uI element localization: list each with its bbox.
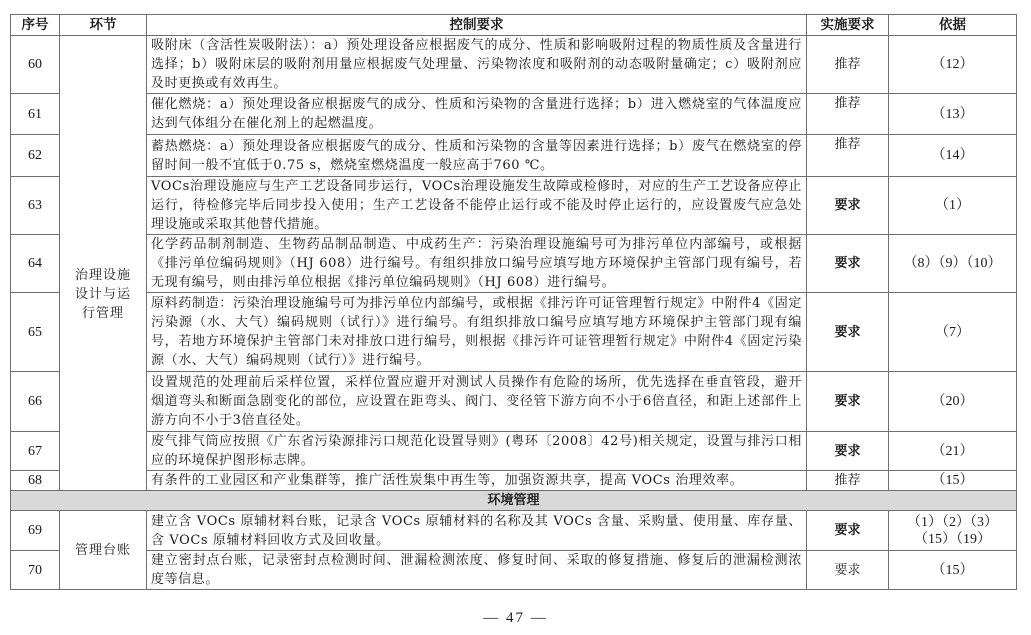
basis-ref: （1）: [889, 177, 1017, 235]
implementation-level: 推荐: [807, 471, 889, 491]
row-number: 70: [11, 551, 60, 590]
basis-ref: （13）: [889, 94, 1017, 135]
stage-facility-design: 治理设施设计与运行管理: [60, 36, 147, 491]
row-number: 65: [11, 293, 60, 372]
implementation-level: 要求: [807, 511, 889, 551]
requirement-text: 吸附床（含活性炭吸附法）：a）预处理设备应根据废气的成分、性质和影响吸附过程的物…: [147, 36, 807, 94]
stage-label: 治理设施设计与运行管理: [73, 266, 133, 323]
basis-ref-line: （15）（19）: [893, 531, 1012, 548]
row-number: 64: [11, 235, 60, 293]
header-basis: 依据: [889, 15, 1017, 36]
requirement-text: 化学药品制剂制造、生物药品制品制造、中成药生产：污染治理设施编号可为排污单位内部…: [147, 235, 807, 293]
page-number: — 47 —: [0, 610, 1031, 627]
basis-ref: （1）（2）（3） （15）（19）: [889, 511, 1017, 551]
implementation-level: 要求: [807, 372, 889, 432]
implementation-level: 要求: [807, 293, 889, 372]
header-no: 序号: [11, 15, 60, 36]
header-requirement: 控制要求: [147, 15, 807, 36]
requirement-text: 原料药制造：污染治理设施编号可为排污单位内部编号，或根据《排污许可证管理暂行规定…: [147, 293, 807, 372]
table-row: 70 建立密封点台账，记录密封点检测时间、泄漏检测浓度、修复时间、采取的修复措施…: [11, 551, 1017, 590]
row-number: 68: [11, 471, 60, 491]
control-requirements-table: 序号 环节 控制要求 实施要求 依据 60 治理设施设计与运行管理 吸附床（含活…: [10, 14, 1017, 590]
row-number: 63: [11, 177, 60, 235]
table-row: 68 有条件的工业园区和产业集群等，推广活性炭集中再生等，加强资源共享，提高 V…: [11, 471, 1017, 491]
implementation-level: 推荐: [807, 36, 889, 94]
implementation-level: 要求: [807, 432, 889, 471]
basis-ref: （15）: [889, 551, 1017, 590]
table-row: 63 VOCs治理设施应与生产工艺设备同步运行，VOCs治理设施发生故障或检修时…: [11, 177, 1017, 235]
basis-ref: （20）: [889, 372, 1017, 432]
basis-ref: （7）: [889, 293, 1017, 372]
header-implementation: 实施要求: [807, 15, 889, 36]
row-number: 60: [11, 36, 60, 94]
table-row: 60 治理设施设计与运行管理 吸附床（含活性炭吸附法）：a）预处理设备应根据废气…: [11, 36, 1017, 94]
section-header-row: 环境管理: [11, 491, 1017, 511]
section-title-environment-management: 环境管理: [11, 491, 1017, 511]
table-row: 62 蓄热燃烧：a）预处理设备应根据废气的成分、性质和污染物的含量等因素进行选择…: [11, 135, 1017, 177]
basis-ref: （12）: [889, 36, 1017, 94]
implementation-level: 推荐: [807, 94, 889, 135]
requirement-text: 建立含 VOCs 原辅材料台账，记录含 VOCs 原辅材料的名称及其 VOCs …: [147, 511, 807, 551]
implementation-level: 要求: [807, 551, 889, 590]
table-row: 67 废气排气筒应按照《广东省污染源排污口规范化设置导则》(粤环〔2008〕42…: [11, 432, 1017, 471]
table-row: 66 设置规范的处理前后采样位置，采样位置应避开对测试人员操作有危险的场所，优先…: [11, 372, 1017, 432]
basis-ref: （21）: [889, 432, 1017, 471]
row-number: 61: [11, 94, 60, 135]
row-number: 69: [11, 511, 60, 551]
row-number: 67: [11, 432, 60, 471]
stage-ledger: 管理台账: [60, 511, 147, 590]
header-stage: 环节: [60, 15, 147, 36]
table-row: 64 化学药品制剂制造、生物药品制品制造、中成药生产：污染治理设施编号可为排污单…: [11, 235, 1017, 293]
requirement-text: 有条件的工业园区和产业集群等，推广活性炭集中再生等，加强资源共享，提高 VOCs…: [147, 471, 807, 491]
basis-ref: （15）: [889, 471, 1017, 491]
requirement-text: 催化燃烧：a）预处理设备应根据废气的成分、性质和污染物的含量进行选择；b）进入燃…: [147, 94, 807, 135]
requirement-text: 蓄热燃烧：a）预处理设备应根据废气的成分、性质和污染物的含量等因素进行选择；b）…: [147, 135, 807, 177]
table-row: 65 原料药制造：污染治理设施编号可为排污单位内部编号，或根据《排污许可证管理暂…: [11, 293, 1017, 372]
row-number: 66: [11, 372, 60, 432]
requirement-text: 废气排气筒应按照《广东省污染源排污口规范化设置导则》(粤环〔2008〕42号)相…: [147, 432, 807, 471]
requirement-text: 建立密封点台账，记录密封点检测时间、泄漏检测浓度、修复时间、采取的修复措施、修复…: [147, 551, 807, 590]
implementation-level: 要求: [807, 235, 889, 293]
table-row: 61 催化燃烧：a）预处理设备应根据废气的成分、性质和污染物的含量进行选择；b）…: [11, 94, 1017, 135]
row-number: 62: [11, 135, 60, 177]
implementation-level: 要求: [807, 177, 889, 235]
table-row: 69 管理台账 建立含 VOCs 原辅材料台账，记录含 VOCs 原辅材料的名称…: [11, 511, 1017, 551]
basis-ref: （8）（9）（10）: [889, 235, 1017, 293]
implementation-level: 推荐: [807, 135, 889, 177]
table-header-row: 序号 环节 控制要求 实施要求 依据: [11, 15, 1017, 36]
requirement-text: VOCs治理设施应与生产工艺设备同步运行，VOCs治理设施发生故障或检修时，对应…: [147, 177, 807, 235]
basis-ref-line: （1）（2）（3）: [893, 514, 1012, 531]
requirement-text: 设置规范的处理前后采样位置，采样位置应避开对测试人员操作有危险的场所，优先选择在…: [147, 372, 807, 432]
basis-ref: （14）: [889, 135, 1017, 177]
